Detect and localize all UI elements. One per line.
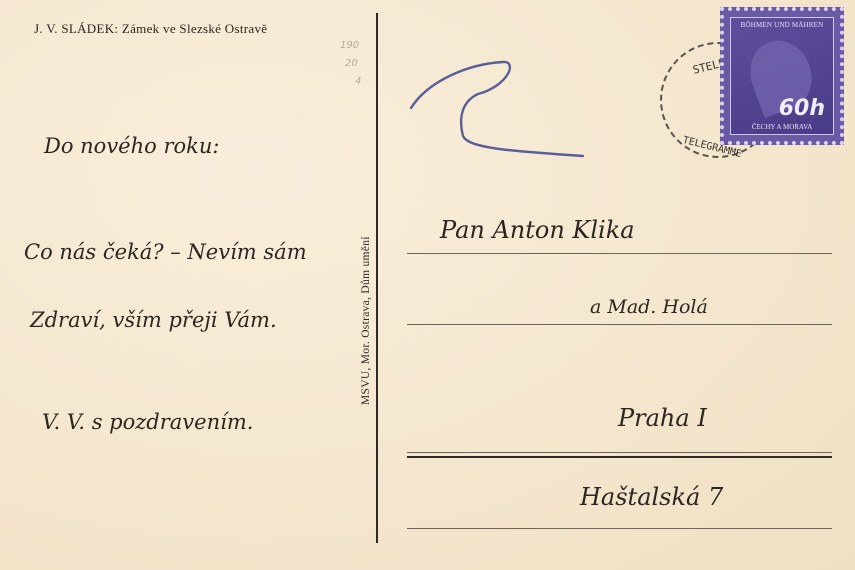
card-title: J. V. SLÁDEK: Zámek ve Slezské Ostravě — [34, 21, 267, 37]
message-line: Zdraví, vším přeji Vám. — [30, 308, 277, 332]
address-line: Pan Anton Klika — [440, 216, 635, 244]
address-line: Haštalská 7 — [580, 483, 723, 511]
address-line: a Mad. Holá — [590, 296, 708, 318]
address-line: Praha I — [618, 404, 707, 432]
address-rule — [407, 452, 832, 453]
pencil-scribble-icon — [408, 56, 588, 166]
pencil-note: 4 — [355, 76, 361, 87]
message-line: Do nového roku: — [44, 134, 219, 158]
address-rule-thick — [407, 456, 832, 458]
address-rule — [407, 528, 832, 529]
stamp-top-text: BÖHMEN UND MÄHREN — [731, 21, 833, 29]
pencil-note: 20 — [345, 58, 358, 69]
center-divider — [376, 13, 378, 543]
address-rule — [407, 324, 832, 325]
publisher-text: MSVU, Mor. Ostrava, Dům umění — [360, 236, 372, 405]
message-line: V. V. s pozdravením. — [42, 410, 253, 434]
address-rule — [407, 253, 832, 254]
stamp-bottom-text: ČECHY A MORAVA — [731, 123, 833, 131]
pencil-note: 190 — [340, 40, 359, 51]
stamp-value: 60h — [779, 96, 825, 121]
postage-stamp: BÖHMEN UND MÄHREN 60h ČECHY A MORAVA — [720, 7, 844, 145]
message-line: Co nás čeká? – Nevím sám — [24, 240, 307, 264]
postcard: J. V. SLÁDEK: Zámek ve Slezské Ostravě 1… — [0, 0, 855, 570]
